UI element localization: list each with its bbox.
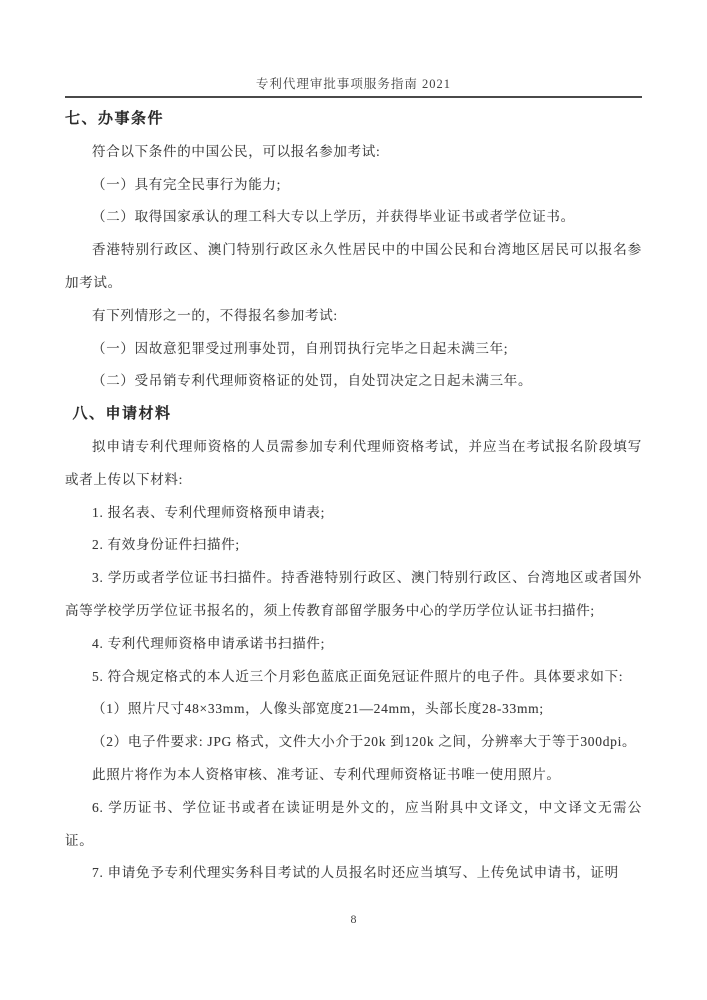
- sub-item: （1）照片尺寸48×33mm，人像头部宽度21—24mm，头部长度28-33mm…: [65, 693, 642, 726]
- paragraph: 符合以下条件的中国公民，可以报名参加考试:: [65, 136, 642, 169]
- list-item: 3. 学历或者学位证书扫描件。持香港特别行政区、澳门特别行政区、台湾地区或者国外…: [65, 562, 642, 628]
- list-item: 2. 有效身份证件扫描件;: [65, 529, 642, 562]
- document-body: 七、办事条件 符合以下条件的中国公民，可以报名参加考试: （一）具有完全民事行为…: [65, 103, 642, 890]
- header-rule: [65, 96, 642, 98]
- list-item: 6. 学历证书、学位证书或者在读证明是外文的，应当附具中文译文，中文译文无需公证…: [65, 792, 642, 858]
- paragraph: 香港特别行政区、澳门特别行政区永久性居民中的中国公民和台湾地区居民可以报名参加考…: [65, 234, 642, 300]
- list-item: 5. 符合规定格式的本人近三个月彩色蓝底正面免冠证件照片的电子件。具体要求如下:: [65, 661, 642, 694]
- list-item: 4. 专利代理师资格申请承诺书扫描件;: [65, 628, 642, 661]
- section-heading-conditions: 七、办事条件: [65, 103, 642, 136]
- section-heading-materials: 八、申请材料: [65, 398, 642, 431]
- sub-item: 此照片将作为本人资格审核、准考证、专利代理师资格证书唯一使用照片。: [65, 759, 642, 792]
- paragraph: 有下列情形之一的，不得报名参加考试:: [65, 300, 642, 333]
- paragraph: 拟申请专利代理师资格的人员需参加专利代理师资格考试，并应当在考试报名阶段填写或者…: [65, 431, 642, 497]
- running-header-title: 专利代理审批事项服务指南 2021: [0, 74, 707, 92]
- sub-item: （2）电子件要求: JPG 格式，文件大小介于20k 到120k 之间，分辨率大…: [65, 726, 642, 759]
- paragraph: （二）受吊销专利代理师资格证的处罚，自处罚决定之日起未满三年。: [65, 365, 642, 398]
- list-item: 7. 申请免予专利代理实务科目考试的人员报名时还应当填写、上传免试申请书，证明: [65, 857, 642, 890]
- list-item: 1. 报名表、专利代理师资格预申请表;: [65, 497, 642, 530]
- paragraph: （一）因故意犯罪受过刑事处罚，自刑罚执行完毕之日起未满三年;: [65, 333, 642, 366]
- document-page: 专利代理审批事项服务指南 2021 七、办事条件 符合以下条件的中国公民，可以报…: [0, 0, 707, 1000]
- paragraph: （二）取得国家承认的理工科大专以上学历，并获得毕业证书或者学位证书。: [65, 201, 642, 234]
- paragraph: （一）具有完全民事行为能力;: [65, 169, 642, 202]
- page-number: 8: [0, 912, 707, 927]
